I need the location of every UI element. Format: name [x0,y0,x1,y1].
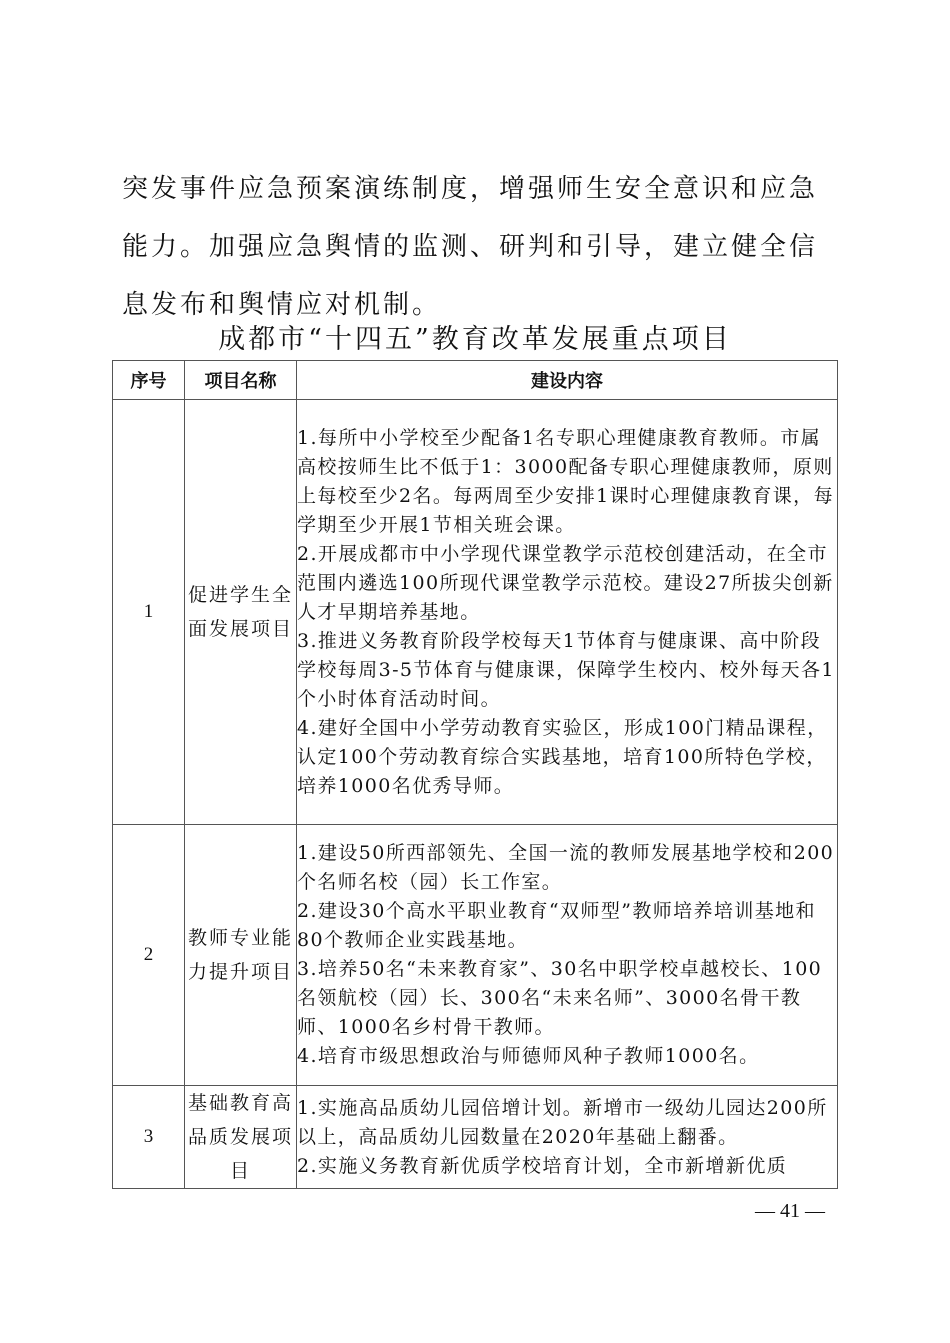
content-item: 2.建设30个高水平职业教育“双师型”教师培养培训基地和80个教师企业实践基地。 [297,897,837,955]
row-number: 3 [113,1086,185,1189]
table-row: 1 促进学生全面发展项目 1.每所中小学校至少配备1名专职心理健康教育教师。市属… [113,400,838,825]
projects-table: 序号 项目名称 建设内容 1 促进学生全面发展项目 1.每所中小学校至少配备1名… [112,360,838,1189]
project-name: 教师专业能力提升项目 [185,825,297,1086]
row-number: 1 [113,400,185,825]
content-item: 3.推进义务教育阶段学校每天1节体育与健康课、高中阶段学校每周3-5节体育与健康… [297,627,837,714]
content-item: 1.实施高品质幼儿园倍增计划。新增市一级幼儿园达200所以上，高品质幼儿园数量在… [297,1094,837,1152]
header-content: 建设内容 [297,361,838,400]
content-item: 1.建设50所西部领先、全国一流的教师发展基地学校和200个名师名校（园）长工作… [297,839,837,897]
project-name: 基础教育高品质发展项目 [185,1086,297,1189]
project-content: 1.每所中小学校至少配备1名专职心理健康教育教师。市属高校按师生比不低于1：30… [297,400,838,825]
content-item: 4.培育市级思想政治与师德师风种子教师1000名。 [297,1042,837,1071]
page-number: — 41 — [740,1200,840,1223]
header-name: 项目名称 [185,361,297,400]
table-row: 3 基础教育高品质发展项目 1.实施高品质幼儿园倍增计划。新增市一级幼儿园达20… [113,1086,838,1189]
content-item: 2.实施义务教育新优质学校培育计划，全市新增新优质 [297,1152,837,1181]
content-item: 2.开展成都市中小学现代课堂教学示范校创建活动，在全市范围内遴选100所现代课堂… [297,540,837,627]
project-content: 1.建设50所西部领先、全国一流的教师发展基地学校和200个名师名校（园）长工作… [297,825,838,1086]
content-item: 1.每所中小学校至少配备1名专职心理健康教育教师。市属高校按师生比不低于1：30… [297,424,837,540]
body-paragraph: 突发事件应急预案演练制度，增强师生安全意识和应急能力。加强应急舆情的监测、研判和… [122,160,832,334]
table-header-row: 序号 项目名称 建设内容 [113,361,838,400]
header-no: 序号 [113,361,185,400]
project-content: 1.实施高品质幼儿园倍增计划。新增市一级幼儿园达200所以上，高品质幼儿园数量在… [297,1086,838,1189]
content-item: 3.培养50名“未来教育家”、30名中职学校卓越校长、100名领航校（园）长、3… [297,955,837,1042]
table-title: 成都市“十四五”教育改革发展重点项目 [112,320,838,360]
content-item: 4.建好全国中小学劳动教育实验区，形成100门精品课程，认定100个劳动教育综合… [297,714,837,801]
row-number: 2 [113,825,185,1086]
table-row: 2 教师专业能力提升项目 1.建设50所西部领先、全国一流的教师发展基地学校和2… [113,825,838,1086]
project-name: 促进学生全面发展项目 [185,400,297,825]
